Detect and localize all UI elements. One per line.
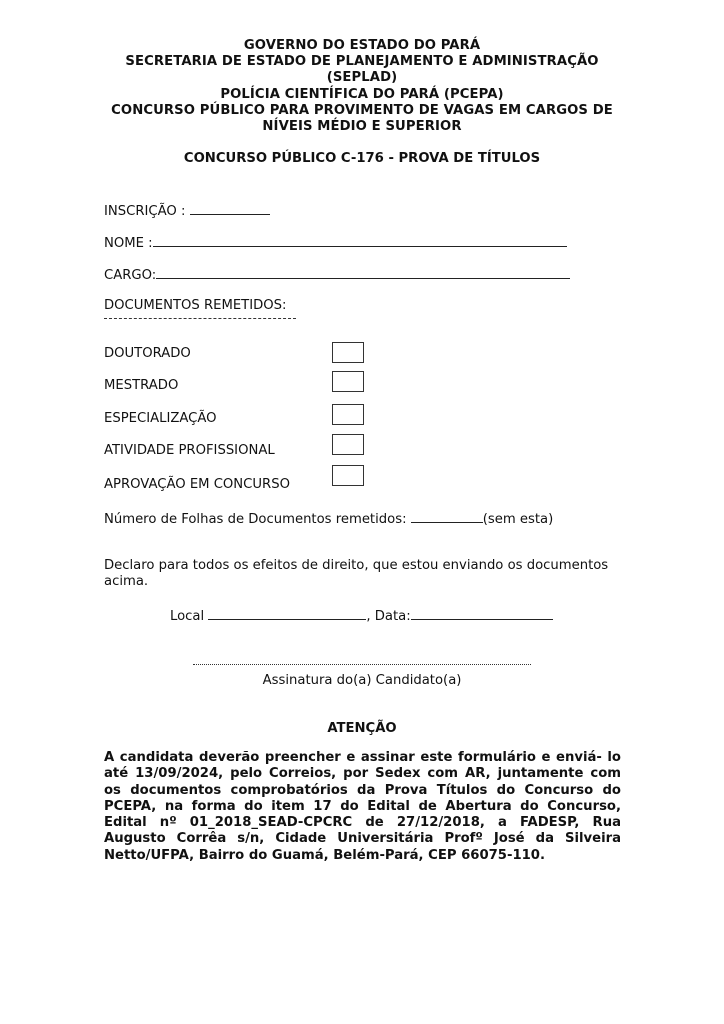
checkbox-aprovacao-concurso[interactable] (332, 465, 364, 486)
cargo-row: CARGO: (104, 266, 570, 283)
document-label-atividade-profissional: ATIVIDADE PROFISSIONAL (104, 443, 275, 458)
checkbox-especializacao[interactable] (332, 404, 364, 425)
nome-label: NOME : (104, 236, 153, 251)
inscricao-row: INSCRIÇÃO : (104, 202, 270, 219)
folhas-label: Número de Folhas de Documentos remetidos… (104, 512, 411, 527)
document-subtitle: CONCURSO PÚBLICO C-176 - PROVA DE TÍTULO… (90, 151, 634, 166)
inscricao-label: INSCRIÇÃO : (104, 204, 190, 219)
header-line: GOVERNO DO ESTADO DO PARÁ (90, 38, 634, 54)
attention-text: A candidata deverão preencher e assinar … (104, 750, 621, 864)
date-field[interactable] (411, 607, 553, 620)
signature-label: Assinatura do(a) Candidato(a) (190, 673, 534, 688)
declaration-text: Declaro para todos os efeitos de direito… (104, 558, 624, 590)
cargo-label: CARGO: (104, 268, 156, 283)
folhas-suffix: (sem esta) (483, 512, 554, 527)
documentos-label: DOCUMENTOS REMETIDOS: (104, 298, 286, 313)
signature-line[interactable] (193, 664, 531, 665)
document-label-especializacao: ESPECIALIZAÇÃO (104, 411, 217, 426)
attention-title: ATENÇÃO (90, 721, 634, 736)
checkbox-atividade-profissional[interactable] (332, 434, 364, 455)
folhas-row: Número de Folhas de Documentos remetidos… (104, 510, 553, 527)
document-label-aprovacao-concurso: APROVAÇÃO EM CONCURSO (104, 477, 290, 492)
date-label: , Data: (366, 609, 410, 624)
folhas-field[interactable] (411, 510, 483, 523)
dashed-divider (104, 318, 296, 319)
header-line: (SEPLAD) (90, 70, 634, 86)
inscricao-field[interactable] (190, 202, 270, 215)
cargo-field[interactable] (156, 266, 570, 279)
header-line: POLÍCIA CIENTÍFICA DO PARÁ (PCEPA) (90, 87, 634, 103)
nome-row: NOME : (104, 234, 567, 251)
checkbox-doutorado[interactable] (332, 342, 364, 363)
local-field[interactable] (208, 607, 366, 620)
header-line: SECRETARIA DE ESTADO DE PLANEJAMENTO E A… (90, 54, 634, 70)
local-label: Local (170, 609, 208, 624)
document-page: GOVERNO DO ESTADO DO PARÁ SECRETARIA DE … (0, 0, 724, 1024)
checkbox-mestrado[interactable] (332, 371, 364, 392)
header-line: NÍVEIS MÉDIO E SUPERIOR (90, 119, 634, 135)
header-line: CONCURSO PÚBLICO PARA PROVIMENTO DE VAGA… (90, 103, 634, 119)
local-date-row: Local , Data: (170, 607, 553, 624)
nome-field[interactable] (153, 234, 567, 247)
document-header: GOVERNO DO ESTADO DO PARÁ SECRETARIA DE … (90, 38, 634, 135)
document-label-doutorado: DOUTORADO (104, 346, 191, 361)
document-label-mestrado: MESTRADO (104, 378, 178, 393)
